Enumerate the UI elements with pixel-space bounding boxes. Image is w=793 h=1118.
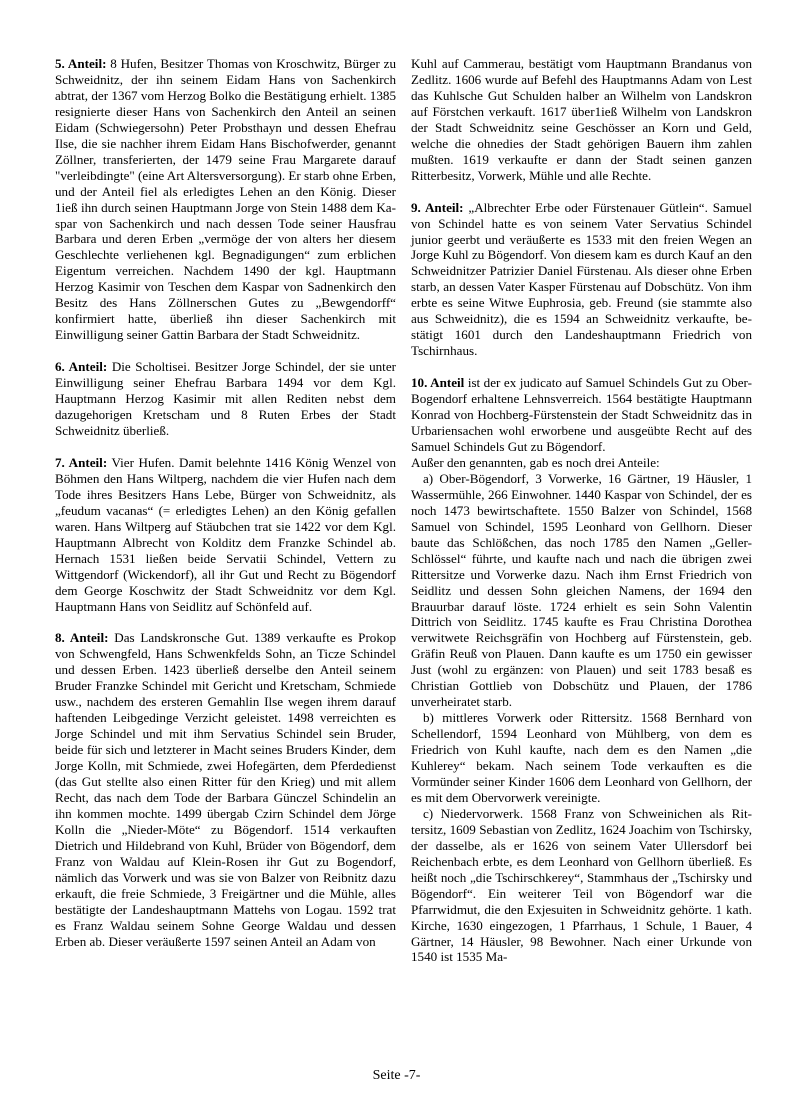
list-item-c: c) Niedervorwerk. 1568 Franz von Schwein… (411, 806, 752, 966)
section-text: Das Landskronsche Gut. 1389 verkaufte es… (55, 630, 396, 948)
section-anteil-8-continuation: Kuhl auf Cammerau, bestätigt vom Hauptma… (411, 56, 752, 184)
section-anteil-7: 7. Anteil: Vier Hufen. Damit belehnte 14… (55, 455, 396, 615)
right-column: Kuhl auf Cammerau, bestätigt vom Hauptma… (411, 56, 752, 965)
section-anteil-6: 6. Anteil: Die Scholtisei. Besitzer Jorg… (55, 359, 396, 439)
section-text: 8 Hufen, Besitzer Thomas von Kroschwitz,… (55, 56, 396, 342)
section-label: 9. Anteil: (411, 200, 464, 215)
section-text: Vier Hufen. Damit belehnte 1416 König We… (55, 455, 396, 614)
section-label: 10. Anteil (411, 375, 464, 390)
section-anteil-9: 9. Anteil: „Albrechter Erbe oder Fürsten… (411, 200, 752, 360)
section-text: „Albrechter Erbe oder Fürstenauer Gütlei… (411, 200, 752, 359)
section-label: 7. Anteil: (55, 455, 107, 470)
left-column: 5. Anteil: 8 Hufen, Besitzer Thomas von … (55, 56, 396, 950)
page-number: Seite -7- (0, 1068, 793, 1084)
section-label: 5. Anteil: (55, 56, 106, 71)
list-item-b: b) mittleres Vorwerk oder Rittersitz. 15… (411, 710, 752, 806)
section-anteil-10: 10. Anteil ist der ex judicato auf Samue… (411, 375, 752, 455)
section-text: Die Scholtisei. Besitzer Jorge Schindel,… (55, 359, 396, 438)
section-anteil-8: 8. Anteil: Das Landskronsche Gut. 1389 v… (55, 630, 396, 949)
section-label: 6. Anteil: (55, 359, 107, 374)
additional-shares-intro: Außer den genannten, gab es noch drei An… (411, 455, 752, 471)
section-anteil-5: 5. Anteil: 8 Hufen, Besitzer Thomas von … (55, 56, 396, 343)
section-label: 8. Anteil: (55, 630, 108, 645)
list-item-a: a) Ober-Bögendorf, 3 Vorwerke, 16 Gärtne… (411, 471, 752, 710)
